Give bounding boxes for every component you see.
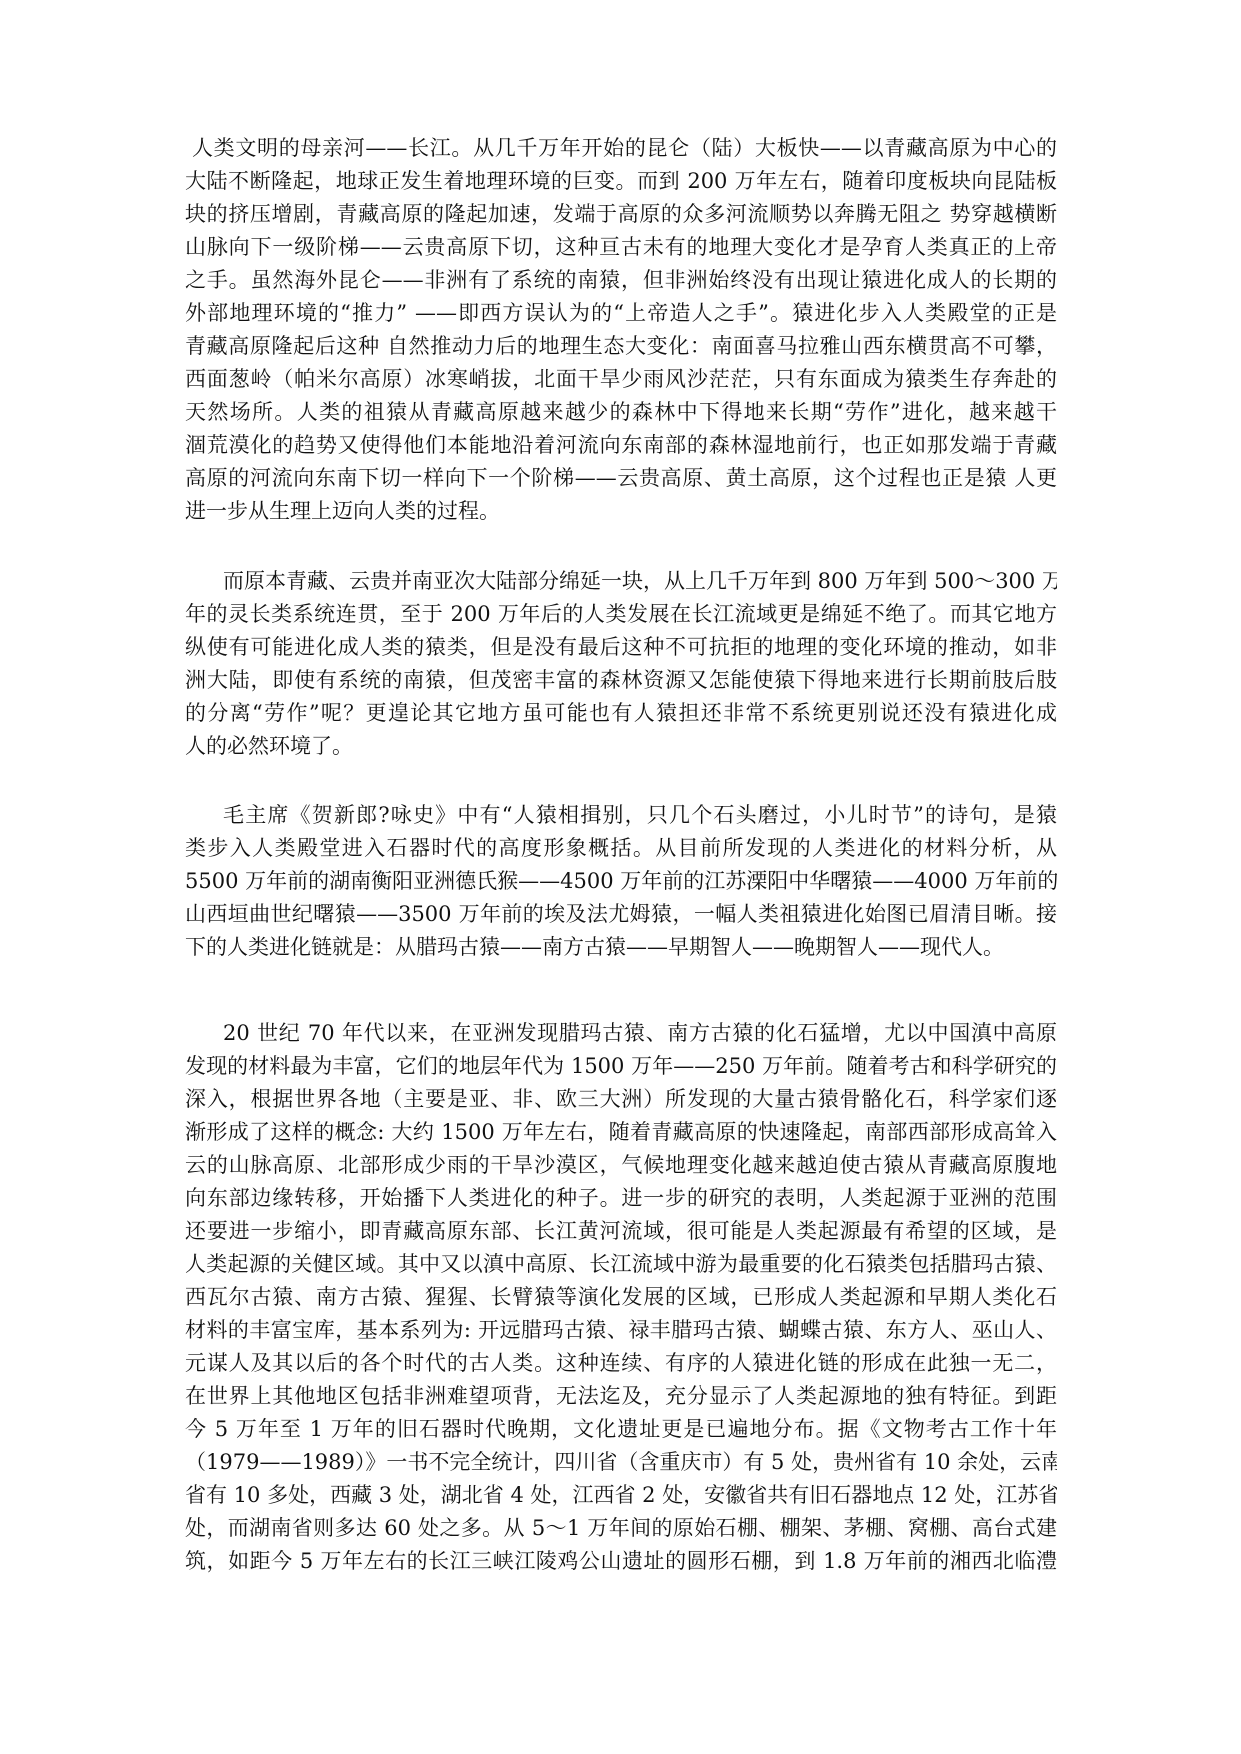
text-line: 下的人类进化链就是：从腊玛古猿——南方古猿——早期智人——晚期智人——现代人。 <box>185 931 1057 964</box>
paragraph-3: 毛主席《贺新郎?咏史》中有“人猿相揖别，只几个石头磨过，小儿时节”的诗句，是猿 … <box>185 799 1057 964</box>
text-line: 年的灵长类系统连贯，至于 200 万年后的人类发展在长江流域更是绵延不绝了。而其… <box>185 598 1057 631</box>
text-line: 筑，如距今 5 万年左右的长江三峡江陵鸡公山遗址的圆形石棚，到 1.8 万年前的… <box>185 1545 1057 1578</box>
text-line: 还要进一步缩小，即青藏高原东部、长江黄河流域，很可能是人类起源最有希望的区域，是 <box>185 1215 1057 1248</box>
text-line: 人类文明的母亲河——长江。从几千万年开始的昆仑（陆）大板快——以青藏高原为中心的 <box>185 132 1057 165</box>
text-line: 20 世纪 70 年代以来，在亚洲发现腊玛古猿、南方古猿的化石猛增，尤以中国滇中… <box>185 1017 1057 1050</box>
text-line: 西瓦尔古猿、南方古猿、猩猩、长臂猿等演化发展的区域，已形成人类起源和早期人类化石 <box>185 1281 1057 1314</box>
text-line: 大陆不断隆起，地球正发生着地理环境的巨变。而到 200 万年左右，随着印度板块向… <box>185 165 1057 198</box>
text-line: 人类起源的关健区域。其中又以滇中高原、长江流域中游为最重要的化石猿类包括腊玛古猿… <box>185 1248 1057 1281</box>
text-line: 处，而湖南省则多达 60 处之多。从 5～1 万年间的原始石棚、棚架、茅棚、窝棚… <box>185 1512 1057 1545</box>
paragraph-1: 人类文明的母亲河——长江。从几千万年开始的昆仑（陆）大板快——以青藏高原为中心的… <box>185 132 1057 528</box>
text-line: 进一步从生理上迈向人类的过程。 <box>185 495 1057 528</box>
text-line: 元谋人及其以后的各个时代的古人类。这种连续、有序的人猿进化链的形成在此独一无二， <box>185 1347 1057 1380</box>
text-line: 深入，根据世界各地（主要是亚、非、欧三大洲）所发现的大量古猿骨骼化石，科学家们逐 <box>185 1083 1057 1116</box>
text-line: 涸荒漠化的趋势又使得他们本能地沿着河流向东南部的森林湿地前行，也正如那发端于青藏 <box>185 429 1057 462</box>
text-line: 高原的河流向东南下切一样向下一个阶梯——云贵高原、黄土高原，这个过程也正是猿 人… <box>185 462 1057 495</box>
document-page: 人类文明的母亲河——长江。从几千万年开始的昆仑（陆）大板快——以青藏高原为中心的… <box>0 0 1241 1754</box>
text-line: 5500 万年前的湖南衡阳亚洲德氏猴——4500 万年前的江苏溧阳中华曙猿——4… <box>185 865 1057 898</box>
text-line: 毛主席《贺新郎?咏史》中有“人猿相揖别，只几个石头磨过，小儿时节”的诗句，是猿 <box>185 799 1057 832</box>
paragraph-2: 而原本青藏、云贵并南亚次大陆部分绵延一块，从上几千万年到 800 万年到 500… <box>185 565 1057 763</box>
text-line: 之手。虽然海外昆仑——非洲有了系统的南猿，但非洲始终没有出现让猿进化成人的长期的 <box>185 264 1057 297</box>
text-line: 类步入人类殿堂进入石器时代的高度形象概括。从目前所发现的人类进化的材料分析，从 <box>185 832 1057 865</box>
text-line: 发现的材料最为丰富，它们的地层年代为 1500 万年——250 万年前。随着考古… <box>185 1050 1057 1083</box>
text-line: 外部地理环境的“推力” ——即西方误认为的“上帝造人之手”。猿进化步入人类殿堂的… <box>185 297 1057 330</box>
text-line: 块的挤压增剧，青藏高原的隆起加速，发端于高原的众多河流顺势以奔腾无阻之 势穿越横… <box>185 198 1057 231</box>
paragraph-4: 20 世纪 70 年代以来，在亚洲发现腊玛古猿、南方古猿的化石猛增，尤以中国滇中… <box>185 1017 1057 1578</box>
text-line: 今 5 万年至 1 万年的旧石器时代晚期，文化遗址更是已遍地分布。据《文物考古工… <box>185 1413 1057 1446</box>
text-line: 山西垣曲世纪曙猿——3500 万年前的埃及法尤姆猿，一幅人类祖猿进化始图已眉清目… <box>185 898 1057 931</box>
text-line: 天然场所。人类的祖猿从青藏高原越来越少的森林中下得地来长期“劳作”进化，越来越干 <box>185 396 1057 429</box>
text-line: 渐形成了这样的概念: 大约 1500 万年左右，随着青藏高原的快速隆起，南部西部… <box>185 1116 1057 1149</box>
text-line: 洲大陆，即使有系统的南猿，但茂密丰富的森林资源又怎能使猿下得地来进行长期前肢后肢 <box>185 664 1057 697</box>
text-line: 青藏高原隆起后这种 自然推动力后的地理生态大变化：南面喜马拉雅山西东横贯高不可攀… <box>185 330 1057 363</box>
text-line: 材料的丰富宝库，基本系列为: 开远腊玛古猿、禄丰腊玛古猿、蝴蝶古猿、东方人、巫山… <box>185 1314 1057 1347</box>
text-line: 人的必然环境了。 <box>185 730 1057 763</box>
text-line: 向东部边缘转移，开始播下人类进化的种子。进一步的研究的表明，人类起源于亚洲的范围 <box>185 1182 1057 1215</box>
text-line: 山脉向下一级阶梯——云贵高原下切，这种亘古未有的地理大变化才是孕育人类真正的上帝 <box>185 231 1057 264</box>
text-line: 西面葱岭（帕米尔高原）冰寒峭拔，北面干旱少雨风沙茫茫，只有东面成为猿类生存奔赴的 <box>185 363 1057 396</box>
text-line: 纵使有可能进化成人类的猿类，但是没有最后这种不可抗拒的地理的变化环境的推动，如非 <box>185 631 1057 664</box>
text-line: 在世界上其他地区包括非洲难望项背，无法迄及，充分显示了人类起源地的独有特征。到距 <box>185 1380 1057 1413</box>
text-line: 的分离“劳作”呢？更遑论其它地方虽可能也有人猿担还非常不系统更别说还没有猿进化成 <box>185 697 1057 730</box>
text-line: （1979——1989）》一书不完全统计，四川省（含重庆市）有 5 处，贵州省有… <box>185 1446 1057 1479</box>
text-line: 云的山脉高原、北部形成少雨的干旱沙漠区，气候地理变化越来越迫使古猿从青藏高原腹地 <box>185 1149 1057 1182</box>
text-line: 省有 10 多处，西藏 3 处，湖北省 4 处，江西省 2 处，安徽省共有旧石器… <box>185 1479 1057 1512</box>
text-line: 而原本青藏、云贵并南亚次大陆部分绵延一块，从上几千万年到 800 万年到 500… <box>185 565 1057 598</box>
